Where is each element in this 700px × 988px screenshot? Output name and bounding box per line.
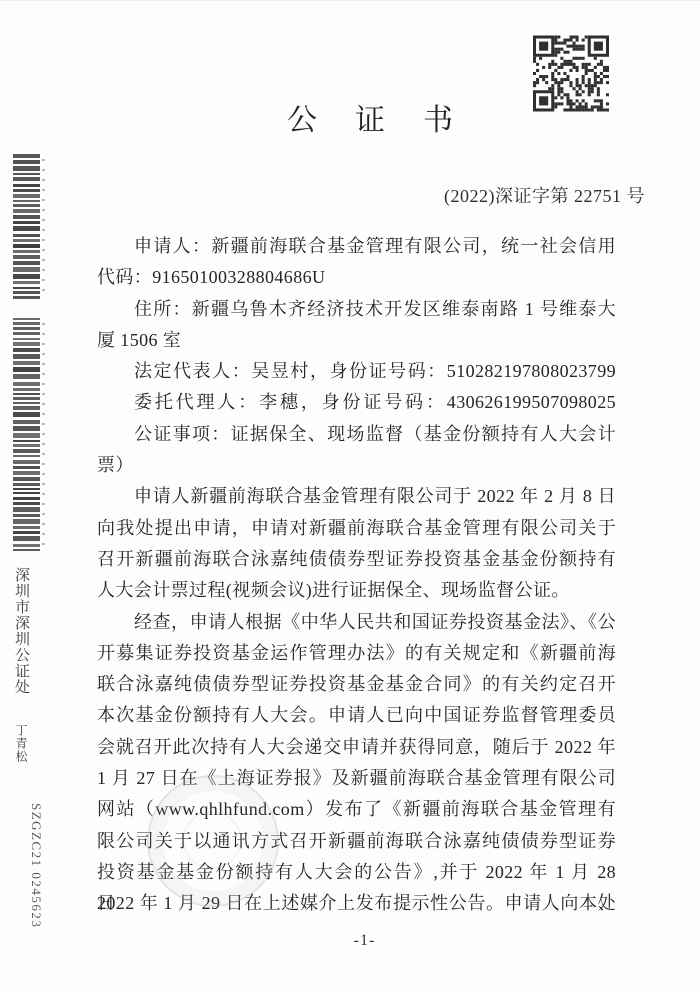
body-line: 代码：91650100328804686U <box>97 262 616 293</box>
page-number: -1- <box>105 932 624 950</box>
notary-name: 丁青松 <box>14 724 28 763</box>
spine-barcode-top <box>13 154 40 299</box>
body-line: 经查，申请人根据《中华人民共和国证券投资基金法》、《公 <box>97 607 616 638</box>
body-line: 向我处提出申请，申请对新疆前海联合基金管理有限公司关于 <box>97 513 616 544</box>
body-line: 申请人新疆前海联合基金管理有限公司于 2022 年 2 月 8 日 <box>97 481 616 512</box>
body-line: 委托代理人：李穗，身份证号码：430626199507098025 <box>97 387 616 418</box>
body-line: 会就召开此次持有人大会递交申请并获得同意，随后于 2022 年 <box>97 732 616 763</box>
document-number: (2022)深证字第 22751 号 <box>444 182 645 208</box>
body-line: 法定代表人：吴昱村，身份证号码：510282197808023799 <box>97 356 616 387</box>
body-line: 2022 年 1 月 29 日在上述媒介上发布提示性公告。申请人向本处 <box>97 888 616 919</box>
spine-barcode-bottom-digits <box>42 323 45 546</box>
qr-code <box>533 34 609 113</box>
spine-barcode-top-digits <box>42 159 45 294</box>
notary-office-vertical-label: 深圳市深圳公证处 丁青松 <box>11 567 32 763</box>
body-line: 网站（www.qhlhfund.com）发布了《新疆前海联合基金管理有 <box>97 794 616 825</box>
body-line: 厦 1506 室 <box>97 325 616 356</box>
body-line: 联合泳嘉纯债债券型证券投资基金基金合同》的有关约定召开 <box>97 669 616 700</box>
body-line: 票） <box>97 450 616 481</box>
certificate-body-text: 申请人：新疆前海联合基金管理有限公司，统一社会信用代码：916501003288… <box>97 231 616 920</box>
body-line: 申请人：新疆前海联合基金管理有限公司，统一社会信用 <box>97 231 616 262</box>
body-line: 投资基金基金份额持有人大会的公告》,并于 2022 年 1 月 28 日、 <box>97 857 616 888</box>
body-line: 公证事项：证据保全、现场监督（基金份额持有人大会计 <box>97 419 616 450</box>
body-line: 限公司关于以通讯方式召开新疆前海联合泳嘉纯债债券型证券 <box>97 826 616 857</box>
body-line: 1 月 27 日在《上海证券报》及新疆前海联合基金管理有限公司 <box>97 763 616 794</box>
document-title: 公证书 <box>287 95 491 139</box>
body-line: 开募集证券投资基金运作管理办法》的有关规定和《新疆前海 <box>97 638 616 669</box>
body-line: 人大会计票过程(视频会议)进行证据保全、现场监督公证。 <box>97 575 616 606</box>
body-line: 住所：新疆乌鲁木齐经济技术开发区维泰南路 1 号维泰大 <box>97 294 616 325</box>
notary-office-name: 深圳市深圳公证处 <box>13 567 29 695</box>
notarial-certificate-page: 深圳市深圳公证处 丁青松 SZGZC21 0245623 公证书 (2022)深… <box>0 0 700 988</box>
body-line: 本次基金份额持有人大会。申请人已向中国证券监督管理委员 <box>97 700 616 731</box>
certificate-serial-number: SZGZC21 0245623 <box>28 803 44 928</box>
spine-barcode-bottom <box>13 318 40 551</box>
body-line: 召开新疆前海联合泳嘉纯债债券型证券投资基金基金份额持有 <box>97 544 616 575</box>
